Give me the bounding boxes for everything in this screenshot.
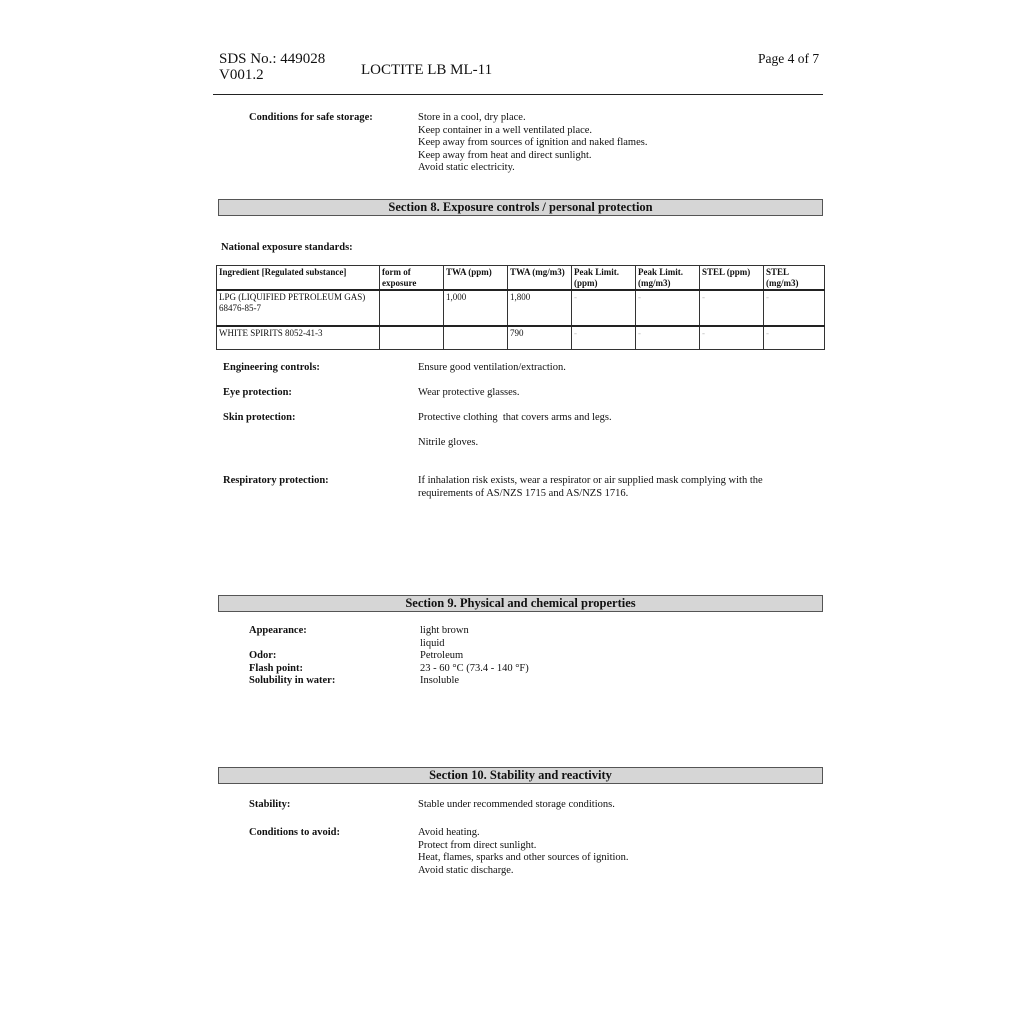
respiratory-line: requirements of AS/NZS 1715 and AS/NZS 1… <box>418 488 763 501</box>
storage-line: Avoid static electricity. <box>418 162 647 175</box>
solubility-label: Solubility in water: <box>249 675 335 686</box>
section-9-header: Section 9. Physical and chemical propert… <box>218 595 823 612</box>
section-8-header: Section 8. Exposure controls / personal … <box>218 199 823 216</box>
page-number: Page 4 of 7 <box>758 51 819 67</box>
sds-number-block: SDS No.: 449028 V001.2 <box>219 51 325 83</box>
table-cell: - <box>700 326 764 350</box>
conditions-to-avoid-lines: Avoid heating. Protect from direct sunli… <box>418 827 629 877</box>
engineering-controls-value: Ensure good ventilation/extraction. <box>418 362 566 375</box>
col-header: Peak Limit. (ppm) <box>572 266 636 291</box>
storage-lines: Store in a cool, dry place. Keep contain… <box>418 112 647 175</box>
exposure-standards-table: Ingredient [Regulated substance] form of… <box>216 265 825 350</box>
table-cell: 1,000 <box>444 290 508 326</box>
stability-label: Stability: <box>249 799 290 810</box>
col-header: STEL (mg/m3) <box>764 266 825 291</box>
table-cell <box>380 290 444 326</box>
engineering-controls-label: Engineering controls: <box>223 362 320 373</box>
table-cell: - <box>572 326 636 350</box>
col-header: Ingredient [Regulated substance] <box>217 266 380 291</box>
storage-line: Store in a cool, dry place. <box>418 112 647 125</box>
storage-line: Keep away from sources of ignition and n… <box>418 137 647 150</box>
table-header-row: Ingredient [Regulated substance] form of… <box>217 266 825 291</box>
col-header: form of exposure <box>380 266 444 291</box>
respiratory-protection-label: Respiratory protection: <box>223 475 329 486</box>
table-cell: - <box>572 290 636 326</box>
avoid-line: Heat, flames, sparks and other sources o… <box>418 852 629 865</box>
eye-protection-label: Eye protection: <box>223 387 292 398</box>
sds-number: SDS No.: 449028 <box>219 51 325 67</box>
avoid-line: Protect from direct sunlight. <box>418 840 629 853</box>
table-cell <box>380 326 444 350</box>
table-cell: - <box>636 326 700 350</box>
storage-line: Keep container in a well ventilated plac… <box>418 125 647 138</box>
appearance-label: Appearance: <box>249 625 307 636</box>
table-cell: 1,800 <box>508 290 572 326</box>
flash-point-value: 23 - 60 °C (73.4 - 140 °F) <box>420 663 529 676</box>
product-name: LOCTITE LB ML-11 <box>361 62 492 79</box>
respiratory-protection-value: If inhalation risk exists, wear a respir… <box>418 475 763 500</box>
odor-label: Odor: <box>249 650 276 661</box>
appearance-line: light brown <box>420 625 469 638</box>
avoid-line: Avoid static discharge. <box>418 865 629 878</box>
table-cell: WHITE SPIRITS 8052-41-3 <box>217 326 380 350</box>
appearance-value: light brown liquid <box>420 625 469 650</box>
eye-protection-value: Wear protective glasses. <box>418 387 520 400</box>
respiratory-line: If inhalation risk exists, wear a respir… <box>418 475 763 488</box>
col-header: TWA (ppm) <box>444 266 508 291</box>
national-standards-label: National exposure standards: <box>221 242 353 253</box>
stability-value: Stable under recommended storage conditi… <box>418 799 615 812</box>
storage-label: Conditions for safe storage: <box>249 112 373 123</box>
col-header: STEL (ppm) <box>700 266 764 291</box>
skin-protection-gloves: Nitrile gloves. <box>418 437 478 450</box>
col-header: TWA (mg/m3) <box>508 266 572 291</box>
storage-line: Keep away from heat and direct sunlight. <box>418 150 647 163</box>
table-cell: - <box>636 290 700 326</box>
skin-protection-label: Skin protection: <box>223 412 295 423</box>
table-row: LPG (LIQUIFIED PETROLEUM GAS) 68476-85-7… <box>217 290 825 326</box>
table-cell: - <box>764 326 825 350</box>
table-cell: 790 <box>508 326 572 350</box>
table-cell: - <box>764 290 825 326</box>
skin-protection-value: Protective clothing that covers arms and… <box>418 412 612 425</box>
flash-point-label: Flash point: <box>249 663 303 674</box>
table-row: WHITE SPIRITS 8052-41-3 790 - - - - <box>217 326 825 350</box>
section-10-header: Section 10. Stability and reactivity <box>218 767 823 784</box>
conditions-to-avoid-label: Conditions to avoid: <box>249 827 340 838</box>
header-divider <box>213 94 823 95</box>
table-cell: LPG (LIQUIFIED PETROLEUM GAS) 68476-85-7 <box>217 290 380 326</box>
version: V001.2 <box>219 67 325 83</box>
avoid-line: Avoid heating. <box>418 827 629 840</box>
table-cell <box>444 326 508 350</box>
odor-value: Petroleum <box>420 650 463 663</box>
table-cell: - <box>700 290 764 326</box>
solubility-value: Insoluble <box>420 675 459 688</box>
col-header: Peak Limit. (mg/m3) <box>636 266 700 291</box>
appearance-line: liquid <box>420 638 469 651</box>
